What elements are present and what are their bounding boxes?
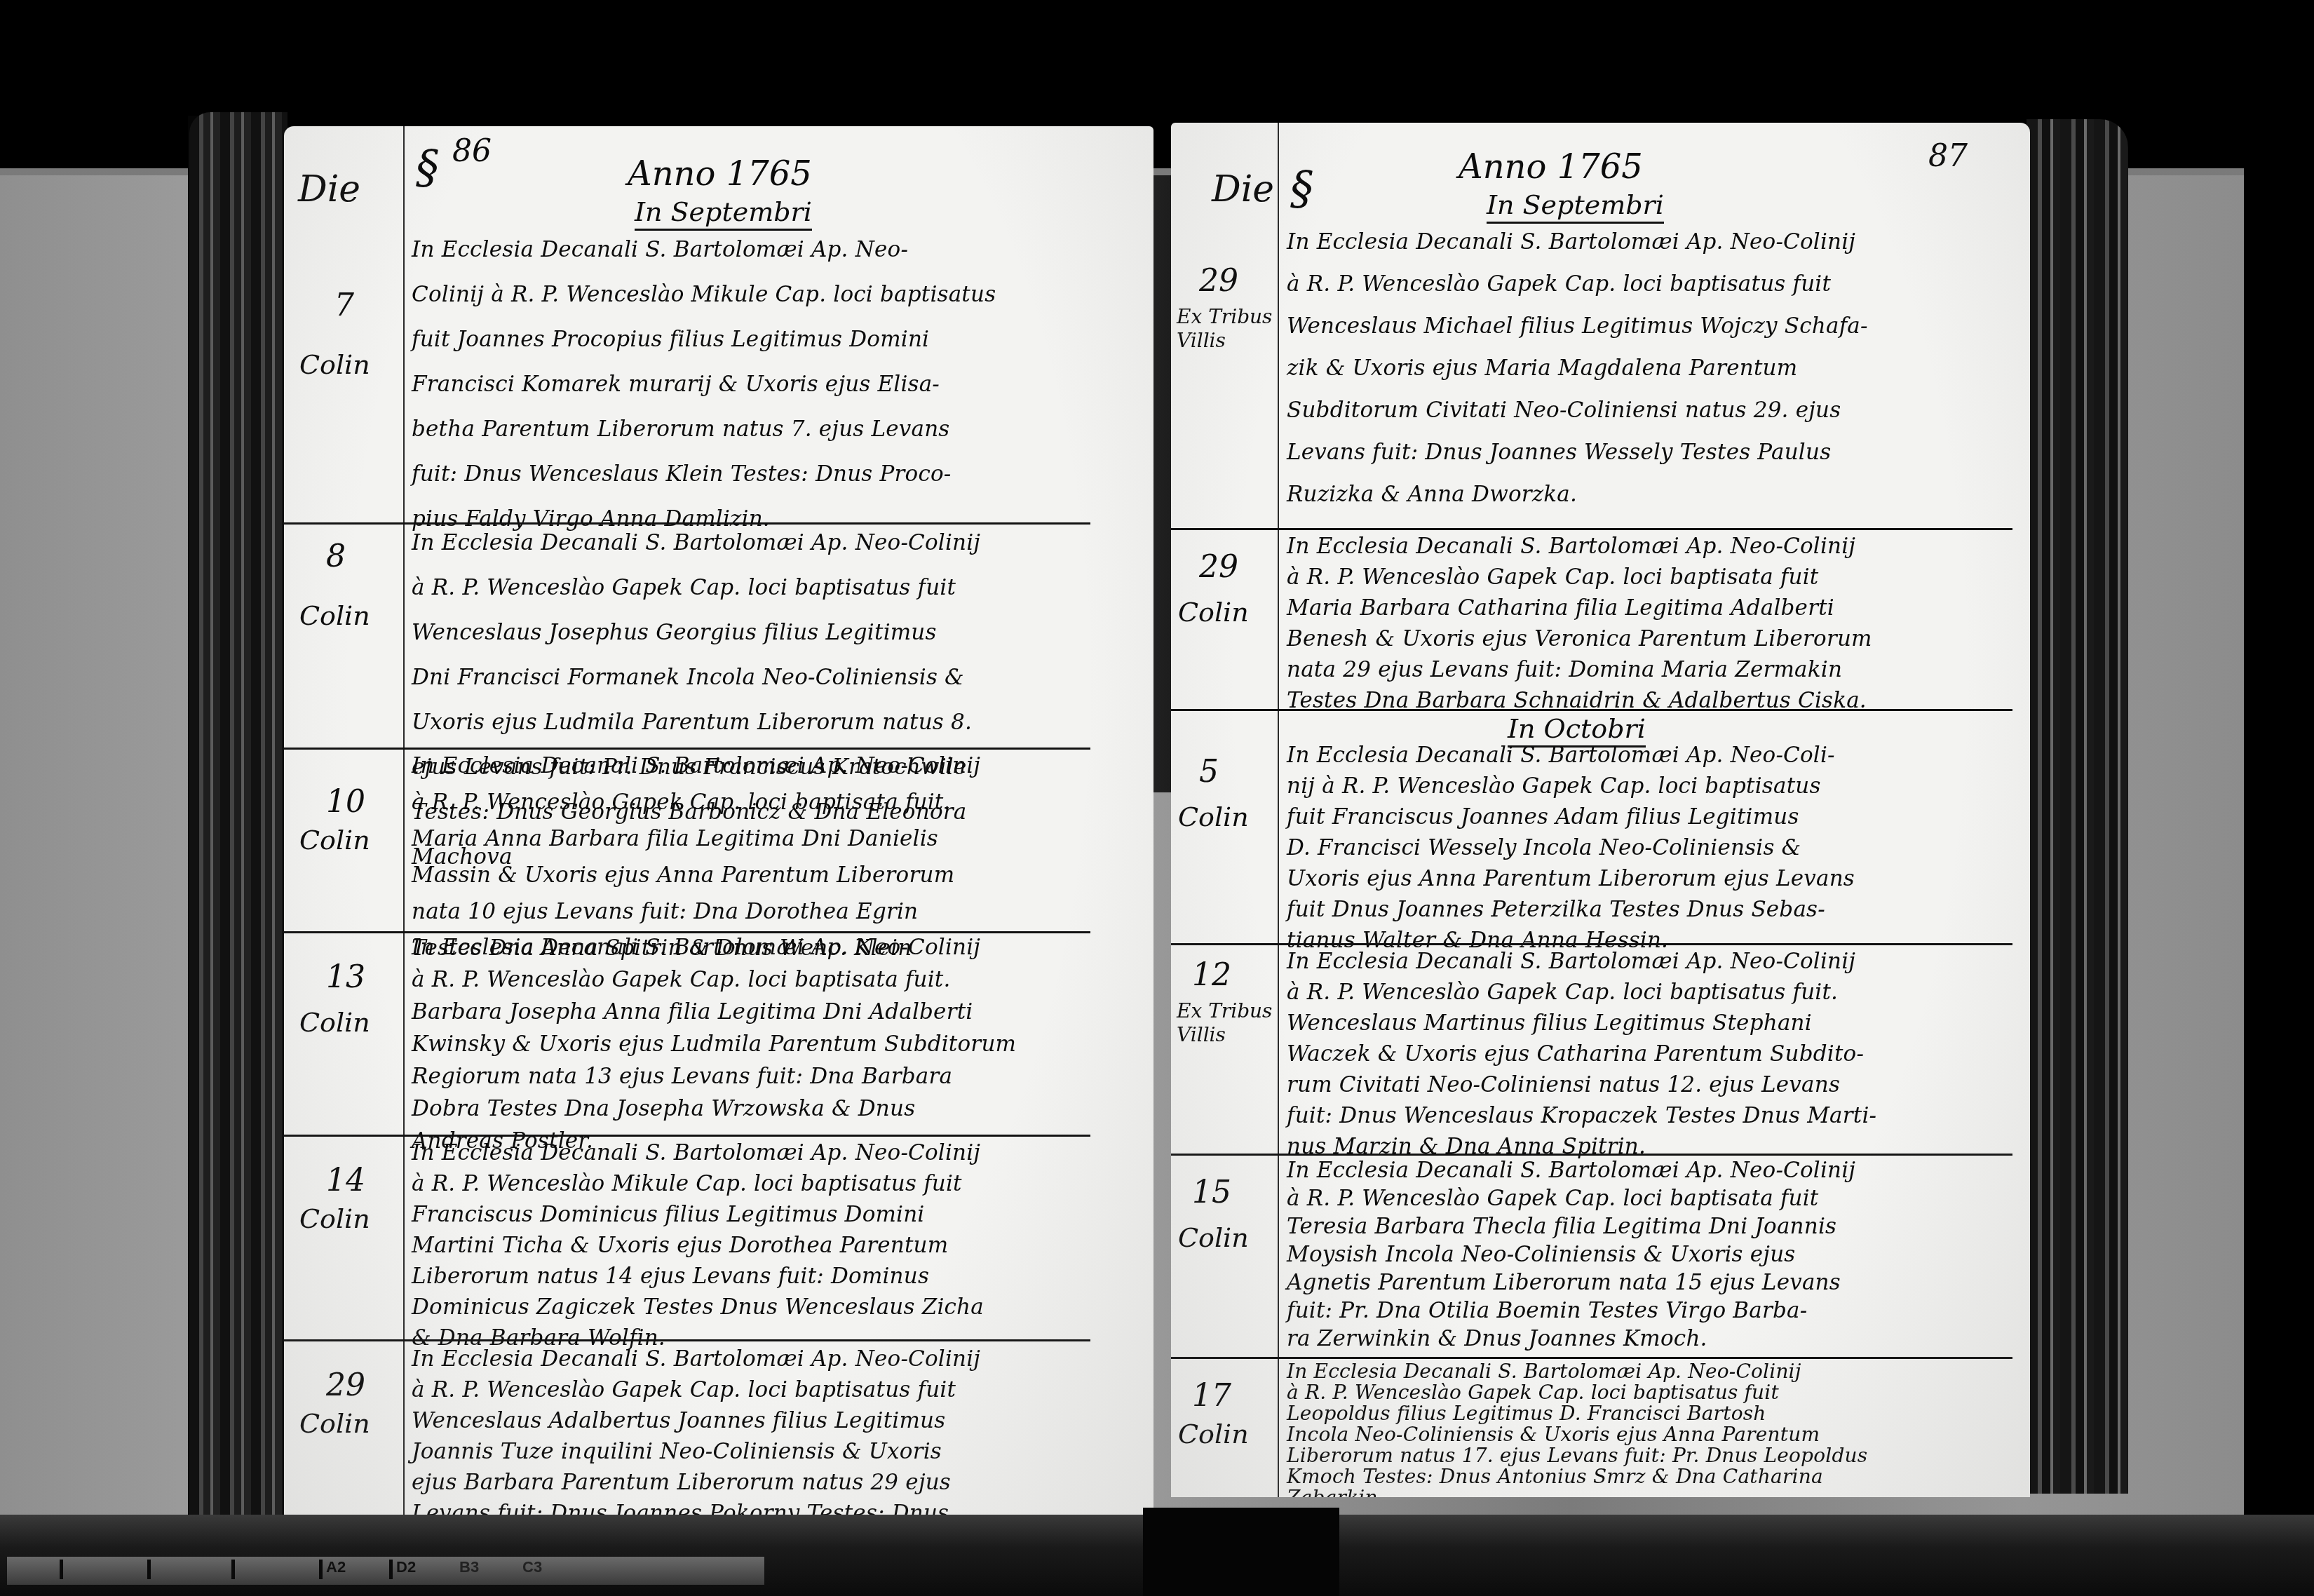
left-page: Die § 86 Anno 1765 In Septembri 7 Colin … (284, 126, 1153, 1518)
ruler-tick (389, 1560, 393, 1579)
entry-separator (284, 1339, 1090, 1341)
baptism-entry: 7 Colin In Ecclesia Decanali S. Bartolom… (284, 231, 1153, 526)
entry-text: In Ecclesia Decanali S. Bartolomæi Ap. N… (1287, 1156, 2016, 1353)
ruler-label: D2 (396, 1558, 416, 1576)
baptism-entry: 10 Colin In Ecclesia Decanali S. Bartolo… (284, 742, 1153, 952)
entry-text: In Ecclesia Decanali S. Bartolomæi Ap. N… (412, 1344, 1127, 1518)
entry-text: In Ecclesia Decanali S. Bartolomæi Ap. N… (1287, 740, 2016, 956)
entry-day: 17 (1192, 1378, 1231, 1414)
column-header-die: Die (1212, 168, 1274, 210)
film-ruler: A2 D2 B3 C3 (7, 1557, 764, 1585)
section-mark: § (416, 140, 439, 194)
entry-place: Colin (299, 1008, 370, 1036)
entry-separator (1171, 1357, 2012, 1359)
ruler-label: C3 (522, 1558, 542, 1576)
entry-day: 29 (1199, 549, 1238, 585)
entry-place: Colin (299, 826, 370, 854)
ruler-label: A2 (326, 1558, 346, 1576)
entry-place: Ex Tribus Villis (1177, 305, 1275, 353)
entry-text: In Ecclesia Decanali S. Bartolomæi Ap. N… (1287, 221, 2016, 515)
baptism-entry: 14 Colin In Ecclesia Decanali S. Bartolo… (284, 1135, 1153, 1338)
entry-text: In Ecclesia Decanali S. Bartolomæi Ap. N… (1287, 531, 2016, 716)
entry-separator (1171, 943, 2012, 945)
book-spine-bottom (1143, 1508, 1339, 1596)
entry-separator (1171, 709, 2012, 711)
entry-text: In Ecclesia Decanali S. Bartolomæi Ap. N… (412, 227, 1127, 541)
entry-text: In Ecclesia Decanali S. Bartolomæi Ap. N… (412, 931, 1127, 1157)
ruler-label: B3 (459, 1558, 479, 1576)
baptism-entry: 12 Ex Tribus Villis In Ecclesia Decanali… (1171, 943, 2030, 1154)
entry-place: Colin (299, 1205, 370, 1233)
entry-day: 5 (1199, 754, 1219, 790)
entry-day: 12 (1192, 957, 1231, 993)
baptism-entry: 5 Colin In Ecclesia Decanali S. Bartolom… (1171, 740, 2030, 943)
ruler-tick (147, 1560, 151, 1579)
entry-place: Colin (1178, 598, 1249, 626)
folio-number: 86 (452, 133, 492, 169)
month-heading: In Septembri (635, 196, 812, 231)
baptism-entry: 29 Colin In Ecclesia Decanali S. Bartolo… (284, 1339, 1153, 1518)
folio-number: 87 (1928, 138, 1968, 174)
entry-place: Colin (1178, 1420, 1249, 1448)
entry-separator (284, 1135, 1090, 1137)
entry-text: In Ecclesia Decanali S. Bartolomæi Ap. N… (412, 1137, 1127, 1353)
baptism-entry: 15 Colin In Ecclesia Decanali S. Bartolo… (1171, 1154, 2030, 1357)
baptism-entry: 29 Ex Tribus Villis In Ecclesia Decanali… (1171, 221, 2030, 529)
ruler-tick (319, 1560, 323, 1579)
entry-day: 14 (326, 1163, 365, 1198)
entry-place: Colin (1178, 1224, 1249, 1252)
baptism-entry: 29 Colin In Ecclesia Decanali S. Bartolo… (1171, 528, 2030, 710)
film-border-right (2247, 0, 2314, 1596)
entry-day: 13 (326, 959, 365, 995)
entry-text: In Ecclesia Decanali S. Bartolomæi Ap. N… (1287, 946, 2016, 1162)
entry-day: 7 (334, 288, 354, 323)
entry-place: Ex Tribus Villis (1177, 999, 1275, 1047)
entry-day: 29 (326, 1367, 365, 1403)
section-mark: § (1290, 161, 1313, 215)
year-heading: Anno 1765 (1459, 147, 1643, 187)
page-edges-left (189, 112, 287, 1522)
year-heading: Anno 1765 (628, 154, 812, 194)
baptism-entry: 13 Colin In Ecclesia Decanali S. Bartolo… (284, 931, 1153, 1142)
entry-place: Colin (299, 351, 370, 379)
ruler-tick (60, 1560, 63, 1579)
entry-separator (1171, 528, 2012, 530)
ruler-tick (231, 1560, 235, 1579)
entry-text: In Ecclesia Decanali S. Bartolomæi Ap. N… (1287, 1361, 2016, 1497)
month-heading: In Septembri (1487, 189, 1664, 224)
page-edges-right (2027, 119, 2128, 1494)
right-page: Die § 87 Anno 1765 In Septembri 29 Ex Tr… (1171, 123, 2030, 1497)
column-header-die: Die (298, 168, 360, 210)
entry-place: Colin (299, 602, 370, 630)
entry-place: Colin (1178, 803, 1249, 831)
entry-day: 10 (326, 784, 365, 820)
entry-separator (1171, 1154, 2012, 1156)
entry-day: 15 (1192, 1175, 1231, 1210)
entry-place: Colin (299, 1409, 370, 1438)
baptism-entry: 17 Colin In Ecclesia Decanali S. Bartolo… (1171, 1357, 2030, 1497)
entry-day: 8 (326, 539, 346, 574)
entry-day: 29 (1199, 263, 1238, 299)
